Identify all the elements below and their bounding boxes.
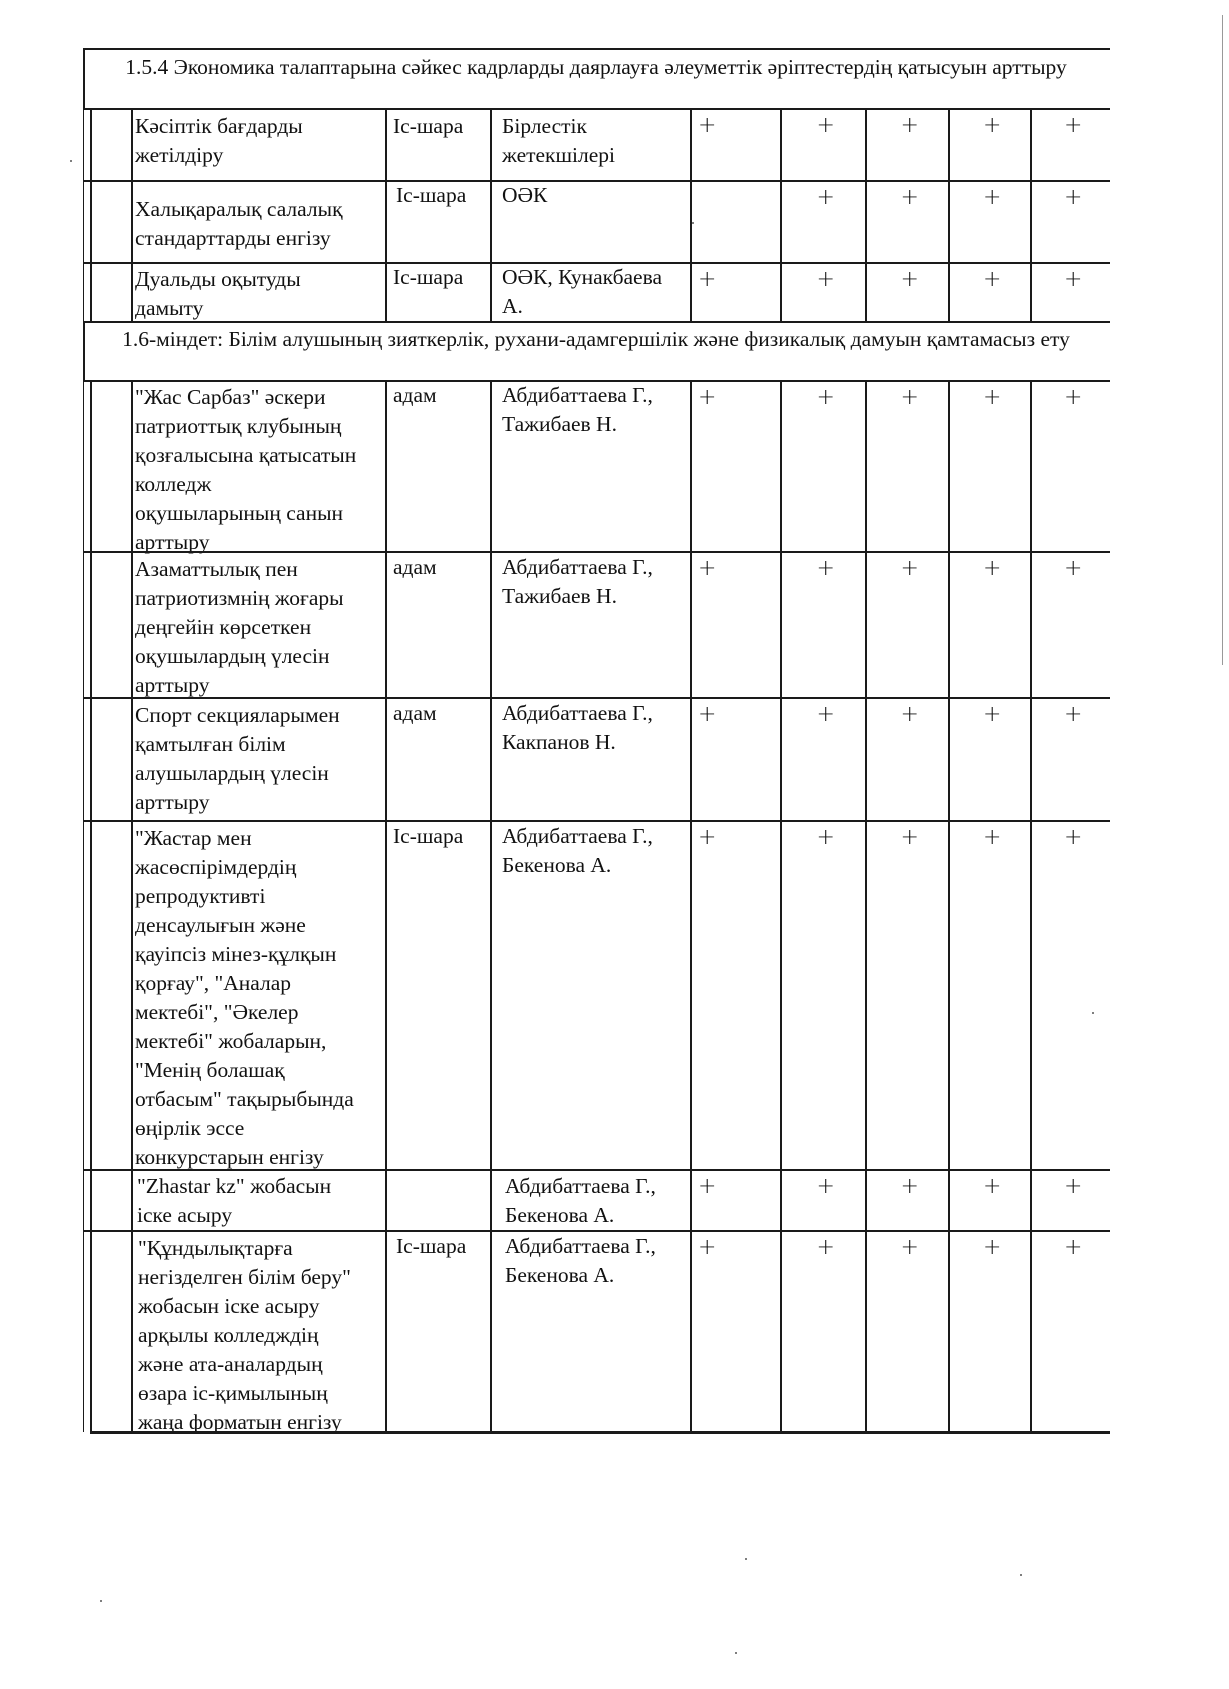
plus-mark: + [1064, 1175, 1082, 1199]
responsible-cell: ОӘК [502, 181, 547, 210]
table-border [83, 262, 84, 321]
plus-mark: + [1064, 1236, 1082, 1260]
table-border [865, 551, 867, 697]
table-border [83, 697, 84, 820]
plus-mark: + [901, 557, 919, 581]
plus-mark: + [698, 268, 716, 292]
activity-cell: "Zhastar kz" жобасын іске асыру [137, 1172, 382, 1230]
table-border [83, 380, 1110, 382]
responsible-cell: Абдибаттаева Г., Бекенова А. [502, 822, 653, 880]
plus-mark: + [983, 703, 1001, 727]
plus-mark: + [698, 1175, 716, 1199]
plus-mark: + [1064, 703, 1082, 727]
section-title-1-6: 1.6-міндет: Білім алушының зияткерлік, р… [86, 324, 1106, 354]
plus-mark: + [1064, 386, 1082, 410]
table-border [490, 1169, 492, 1230]
table-border [948, 108, 950, 180]
table-border [865, 108, 867, 180]
plus-mark: + [817, 557, 835, 581]
activity-cell: Дуальды оқытуды дамыту [135, 265, 380, 323]
table-border [385, 551, 387, 697]
unit-cell: адам [393, 381, 437, 410]
table-border [90, 697, 92, 820]
table-border [690, 697, 692, 820]
table-border [865, 697, 867, 820]
table-border [1030, 1169, 1032, 1230]
table-border [780, 820, 782, 1169]
table-border [865, 380, 867, 551]
table-border [83, 262, 1110, 264]
table-border [690, 1230, 692, 1432]
scan-margin-line [1222, 15, 1223, 665]
plus-mark: + [817, 114, 835, 138]
table-border [131, 180, 133, 262]
plus-mark: + [698, 557, 716, 581]
table-border [1030, 820, 1032, 1169]
table-border [90, 1169, 92, 1230]
table-border [90, 1431, 1110, 1434]
table-border [865, 820, 867, 1169]
table-border [385, 108, 387, 180]
table-border [1030, 697, 1032, 820]
table-border [90, 180, 92, 262]
section-title-1-5-4: 1.5.4 Экономика талаптарына сәйкес кадрл… [86, 52, 1106, 82]
plus-mark: + [1064, 114, 1082, 138]
plus-mark: + [901, 268, 919, 292]
table-border [83, 48, 85, 108]
plus-mark: + [698, 703, 716, 727]
table-border [131, 820, 133, 1169]
table-border [83, 380, 84, 551]
table-border [385, 820, 387, 1169]
table-border [490, 380, 492, 551]
table-border [83, 551, 84, 697]
table-border [385, 697, 387, 820]
table-border [490, 820, 492, 1169]
table-border [490, 1230, 492, 1432]
table-border [1030, 262, 1032, 321]
plus-mark: + [1064, 557, 1082, 581]
plus-mark: + [1064, 826, 1082, 850]
responsible-cell: Абдибаттаева Г., Бекенова А. [505, 1232, 656, 1290]
table-border [83, 1169, 1110, 1171]
table-border [83, 108, 84, 180]
table-border [780, 380, 782, 551]
document-page: 1.5.4 Экономика талаптарына сәйкес кадрл… [0, 0, 1229, 1689]
responsible-cell: Абдибаттаева Г., Бекенова А. [505, 1172, 656, 1230]
table-border [780, 1230, 782, 1432]
table-border [780, 1169, 782, 1230]
table-border [385, 262, 387, 321]
plus-mark: + [698, 826, 716, 850]
table-border [1030, 551, 1032, 697]
plus-mark: + [983, 826, 1001, 850]
table-border [1030, 380, 1032, 551]
table-border [131, 1230, 133, 1432]
plus-mark: + [817, 826, 835, 850]
responsible-cell: Абдибаттаева Г., Тажибаев Н. [502, 553, 653, 611]
plus-mark: + [983, 268, 1001, 292]
plus-mark: + [983, 386, 1001, 410]
table-border [90, 1230, 92, 1432]
table-border [83, 180, 1110, 182]
plus-mark: + [983, 557, 1001, 581]
table-border [490, 108, 492, 180]
plus-mark: + [901, 186, 919, 210]
scan-speck [1020, 1574, 1022, 1576]
table-border [865, 1230, 867, 1432]
table-border [385, 380, 387, 551]
table-border [131, 1169, 133, 1230]
activity-cell: Азаматтылық пен патриотизмнің жоғары дең… [135, 555, 380, 700]
responsible-cell: Абдибаттаева Г., Какпанов Н. [502, 699, 653, 757]
table-border [83, 1230, 84, 1432]
table-border [83, 108, 1110, 110]
plus-mark: + [698, 386, 716, 410]
scan-speck [100, 1600, 102, 1602]
activity-cell: "Жас Сарбаз" әскери патриоттық клубының … [135, 383, 380, 557]
plus-mark: + [817, 268, 835, 292]
table-border [83, 1169, 84, 1230]
table-border [780, 551, 782, 697]
scan-speck [735, 1652, 737, 1654]
table-border [780, 697, 782, 820]
plus-mark: + [817, 386, 835, 410]
table-border [83, 180, 84, 262]
unit-cell: Іс-шара [393, 822, 463, 851]
scan-speck [1092, 1012, 1094, 1014]
table-border [83, 697, 1110, 699]
unit-cell: Іс-шара [396, 1232, 466, 1261]
table-border [490, 551, 492, 697]
table-border [83, 820, 84, 1169]
table-border [1030, 1230, 1032, 1432]
table-border [131, 380, 133, 551]
plus-mark: + [901, 826, 919, 850]
table-border [948, 380, 950, 551]
plus-mark: + [1064, 186, 1082, 210]
table-border [948, 820, 950, 1169]
table-border [490, 262, 492, 321]
plus-mark: + [901, 114, 919, 138]
unit-cell: Іс-шара [393, 263, 463, 292]
table-border [385, 180, 387, 262]
table-border [948, 1230, 950, 1432]
table-border [865, 262, 867, 321]
table-border [385, 1169, 387, 1230]
table-border [83, 48, 1110, 50]
table-border [90, 108, 92, 180]
table-border [83, 321, 85, 380]
responsible-cell: ОӘК, Кунакбаева А. [502, 263, 662, 321]
table-border [780, 262, 782, 321]
table-border [948, 262, 950, 321]
table-border [90, 820, 92, 1169]
responsible-cell: Бірлестік жетекшілері [502, 112, 615, 170]
table-border [131, 262, 133, 321]
table-border [83, 551, 1110, 553]
table-border [690, 380, 692, 551]
table-border [865, 180, 867, 262]
table-border [690, 551, 692, 697]
table-border [90, 551, 92, 697]
scan-speck [692, 222, 694, 224]
responsible-cell: Абдибаттаева Г., Тажибаев Н. [502, 381, 653, 439]
table-border [690, 820, 692, 1169]
scan-speck [70, 160, 72, 162]
activity-cell: Спорт секцияларымен қамтылған білім алуш… [135, 701, 380, 817]
unit-cell: Іс-шара [393, 112, 463, 141]
plus-mark: + [817, 186, 835, 210]
table-border [131, 697, 133, 820]
table-border [948, 697, 950, 820]
plus-mark: + [901, 1175, 919, 1199]
plus-mark: + [983, 114, 1001, 138]
table-border [865, 1169, 867, 1230]
activity-cell: "Құндылықтарға негізделген білім беру" ж… [138, 1234, 383, 1437]
plus-mark: + [817, 1175, 835, 1199]
table-border [948, 551, 950, 697]
table-border [131, 108, 133, 180]
table-border [690, 108, 692, 180]
table-border [948, 180, 950, 262]
plus-mark: + [983, 1175, 1001, 1199]
table-border [385, 1230, 387, 1432]
table-border [90, 380, 92, 551]
table-border [83, 321, 1110, 323]
table-border [131, 551, 133, 697]
plus-mark: + [983, 1236, 1001, 1260]
unit-cell: адам [393, 699, 437, 728]
table-border [83, 820, 1110, 822]
plus-mark: + [983, 186, 1001, 210]
activity-cell: Халықаралық салалық стандарттарды енгізу [135, 195, 380, 253]
table-border [690, 1169, 692, 1230]
scan-speck [745, 1558, 747, 1560]
activity-cell: "Жастар мен жасөспірімдердің репродуктив… [135, 824, 380, 1172]
activity-cell: Кәсіптік бағдарды жетілдіру [135, 112, 380, 170]
table-border [90, 262, 92, 321]
plus-mark: + [901, 703, 919, 727]
plus-mark: + [817, 703, 835, 727]
plus-mark: + [817, 1236, 835, 1260]
plus-mark: + [698, 114, 716, 138]
unit-cell: Іс-шара [396, 181, 466, 210]
table-border [948, 1169, 950, 1230]
table-border [490, 697, 492, 820]
unit-cell: адам [393, 553, 437, 582]
table-border [690, 262, 692, 321]
plus-mark: + [1064, 268, 1082, 292]
table-border [1030, 108, 1032, 180]
table-border [1030, 180, 1032, 262]
plus-mark: + [901, 386, 919, 410]
table-border [690, 180, 692, 262]
table-border [780, 180, 782, 262]
table-border [780, 108, 782, 180]
table-border [83, 1230, 1110, 1232]
plus-mark: + [901, 1236, 919, 1260]
plus-mark: + [698, 1236, 716, 1260]
table-border [490, 180, 492, 262]
